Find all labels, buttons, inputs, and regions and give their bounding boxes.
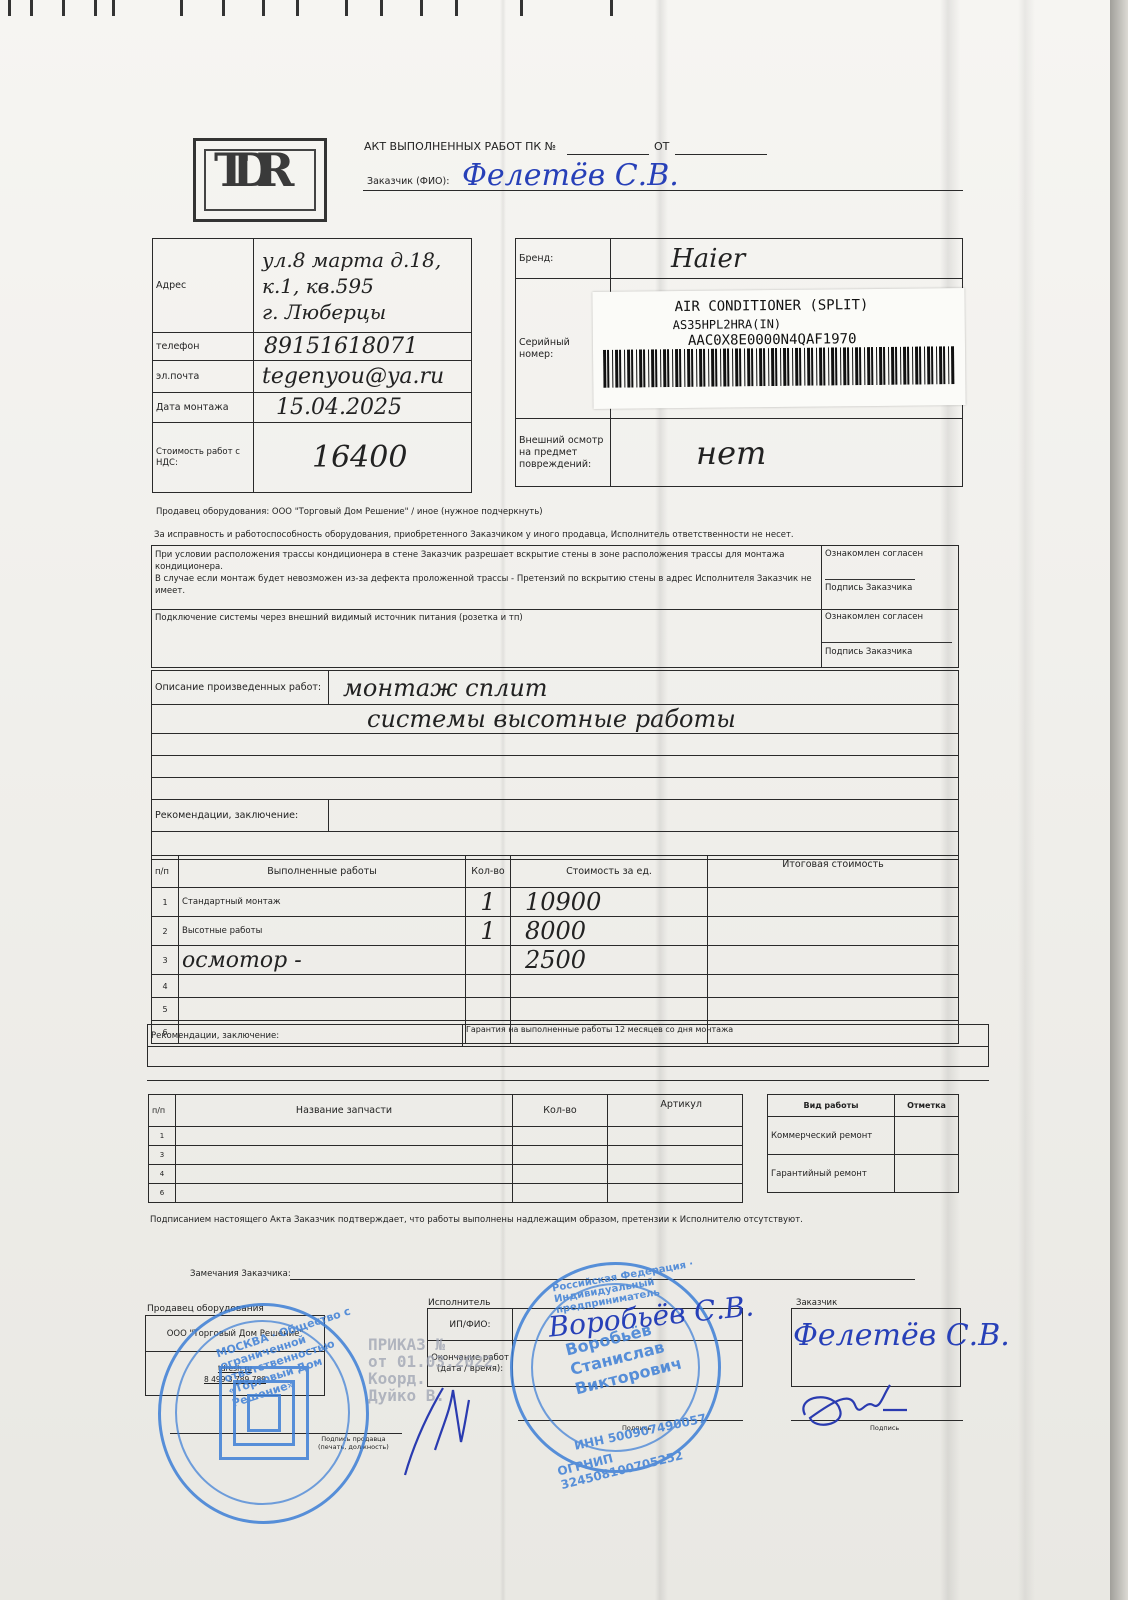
work-name[interactable] <box>179 975 466 998</box>
work-name[interactable] <box>179 998 466 1021</box>
customer-label: Заказчик (ФИО): <box>367 176 449 188</box>
inspection-label: Внешний осмотр на предмет повреждений: <box>516 419 611 487</box>
company-logo: TDR <box>193 138 327 222</box>
phone-value: 89151618071 <box>254 333 472 361</box>
work-qty[interactable]: 1 <box>466 888 511 917</box>
document-title: АКТ ВЫПОЛНЕННЫХ РАБОТ ПК № <box>364 141 556 153</box>
seller-signature <box>395 1380 475 1480</box>
work-price[interactable]: 10900 <box>511 888 708 917</box>
work-description-line1: монтаж сплит <box>329 671 959 705</box>
works-recommendations-label: Рекомендации, заключение: <box>148 1025 463 1047</box>
cost-value: 16400 <box>254 423 472 493</box>
works-footer-table: Рекомендации, заключение: Гарантия на вы… <box>147 1024 989 1067</box>
work-total[interactable] <box>708 946 959 975</box>
address-label: Адрес <box>153 239 254 333</box>
serial-number-sticker: AIR CONDITIONER (SPLIT) AS35HPL2HRA(IN) … <box>592 288 965 409</box>
parts-table-row: 3 <box>149 1146 743 1165</box>
part-name[interactable] <box>176 1184 513 1203</box>
part-qty[interactable] <box>513 1184 608 1203</box>
document-page: TDR АКТ ВЫПОЛНЕННЫХ РАБОТ ПК № ОТ Заказч… <box>0 0 1110 1600</box>
parts-table-row: 1 <box>149 1127 743 1146</box>
parts-table-row: 4 <box>149 1165 743 1184</box>
work-name[interactable]: Высотные работы <box>179 917 466 946</box>
work-qty[interactable] <box>466 998 511 1021</box>
works-table-row: 1Стандартный монтаж110900 <box>152 888 959 917</box>
work-price[interactable] <box>511 998 708 1021</box>
work-price[interactable]: 8000 <box>511 917 708 946</box>
brand-label: Бренд: <box>516 239 611 279</box>
consent-wall-sign-cell[interactable]: Ознакомлен согласен Подпись Заказчика <box>822 546 959 610</box>
work-description-table: Описание произведенных работ: монтаж спл… <box>151 670 959 860</box>
work-type-warranty-mark[interactable] <box>895 1155 959 1193</box>
works-table-row: 4 <box>152 975 959 998</box>
work-total[interactable] <box>708 917 959 946</box>
work-description-line2: системы высотные работы <box>152 705 959 734</box>
part-article[interactable] <box>608 1184 743 1203</box>
inspection-value: нет <box>611 419 963 487</box>
part-qty[interactable] <box>513 1165 608 1184</box>
work-name[interactable]: осмотор - <box>179 946 466 975</box>
install-date-label: Дата монтажа <box>153 393 254 423</box>
address-value: ул.8 марта д.18, к.1, кв.595 г. Люберцы <box>254 239 472 333</box>
works-table-row: 5 <box>152 998 959 1021</box>
work-total[interactable] <box>708 998 959 1021</box>
work-type-table: Вид работы Отметка Коммерческий ремонт Г… <box>767 1094 959 1193</box>
part-article[interactable] <box>608 1127 743 1146</box>
serial-number-value: AAC0X8E0000N4QAF1970 <box>688 331 857 349</box>
background-surface <box>1108 0 1128 1600</box>
part-name[interactable] <box>176 1146 513 1165</box>
part-name[interactable] <box>176 1127 513 1146</box>
work-price[interactable]: 2500 <box>511 946 708 975</box>
work-qty[interactable] <box>466 946 511 975</box>
email-label: эл.почта <box>153 361 254 393</box>
work-total[interactable] <box>708 975 959 998</box>
customer-fio-handwritten: Фелетёв С.В. <box>793 1318 1010 1353</box>
cost-label: Стоимость работ с НДС: <box>153 423 254 493</box>
part-article[interactable] <box>608 1146 743 1165</box>
recommendations-value[interactable] <box>329 800 959 832</box>
part-name[interactable] <box>176 1165 513 1184</box>
work-type-warranty: Гарантийный ремонт <box>768 1155 895 1193</box>
ruler-strip <box>0 0 640 18</box>
consent-power-sign-cell[interactable]: Ознакомлен согласен Подпись Заказчика <box>822 610 959 668</box>
work-price[interactable] <box>511 975 708 998</box>
parts-table-row: 6 <box>149 1184 743 1203</box>
work-type-commercial: Коммерческий ремонт <box>768 1117 895 1155</box>
work-name[interactable]: Стандартный монтаж <box>179 888 466 917</box>
customer-name-handwritten: Фелетёв С.В. <box>462 158 679 193</box>
customer-remarks-label: Замечания Заказчика: <box>190 1268 291 1280</box>
company-stamp: МОСКВА · Общество с ограниченной ответст… <box>158 1303 369 1524</box>
consent-table: При условии расположения трассы кондицио… <box>151 545 959 668</box>
date-from-label: ОТ <box>654 141 669 153</box>
works-table: п/п Выполненные работы Кол-во Стоимость … <box>151 855 959 1044</box>
consent-power-text: Подключение системы через внешний видимы… <box>152 610 822 668</box>
consent-wall-text: При условии расположения трассы кондицио… <box>152 546 822 610</box>
executor-stamp: Российская Федерация · Индивидуальный пр… <box>510 1262 721 1473</box>
liability-note: За исправность и работоспособность обору… <box>154 529 794 541</box>
part-article[interactable] <box>608 1165 743 1184</box>
work-qty[interactable]: 1 <box>466 917 511 946</box>
client-info-table: Адрес ул.8 марта д.18, к.1, кв.595 г. Лю… <box>152 238 472 493</box>
part-qty[interactable] <box>513 1127 608 1146</box>
email-value: tegenyou@ya.ru <box>254 361 472 393</box>
seller-note: Продавец оборудования: ООО "Торговый Дом… <box>156 506 543 518</box>
confirmation-text: Подписанием настоящего Акта Заказчик под… <box>150 1214 803 1226</box>
work-total[interactable] <box>708 888 959 917</box>
install-date-value: 15.04.2025 <box>254 393 472 423</box>
work-type-commercial-mark[interactable] <box>895 1117 959 1155</box>
brand-value: Haier <box>611 239 963 279</box>
recommendations-label: Рекомендации, заключение: <box>152 800 329 832</box>
warranty-text: Гарантия на выполненные работы 12 месяце… <box>463 1025 989 1047</box>
barcode-icon <box>603 346 955 388</box>
customer-signature <box>795 1380 925 1440</box>
work-description-label: Описание произведенных работ: <box>152 671 329 705</box>
works-table-row: 2Высотные работы18000 <box>152 917 959 946</box>
works-table-row: 3осмотор -2500 <box>152 946 959 975</box>
work-qty[interactable] <box>466 975 511 998</box>
part-qty[interactable] <box>513 1146 608 1165</box>
phone-label: телефон <box>153 333 254 361</box>
parts-table: п/п Название запчасти Кол-во Артикул 134… <box>148 1094 743 1203</box>
